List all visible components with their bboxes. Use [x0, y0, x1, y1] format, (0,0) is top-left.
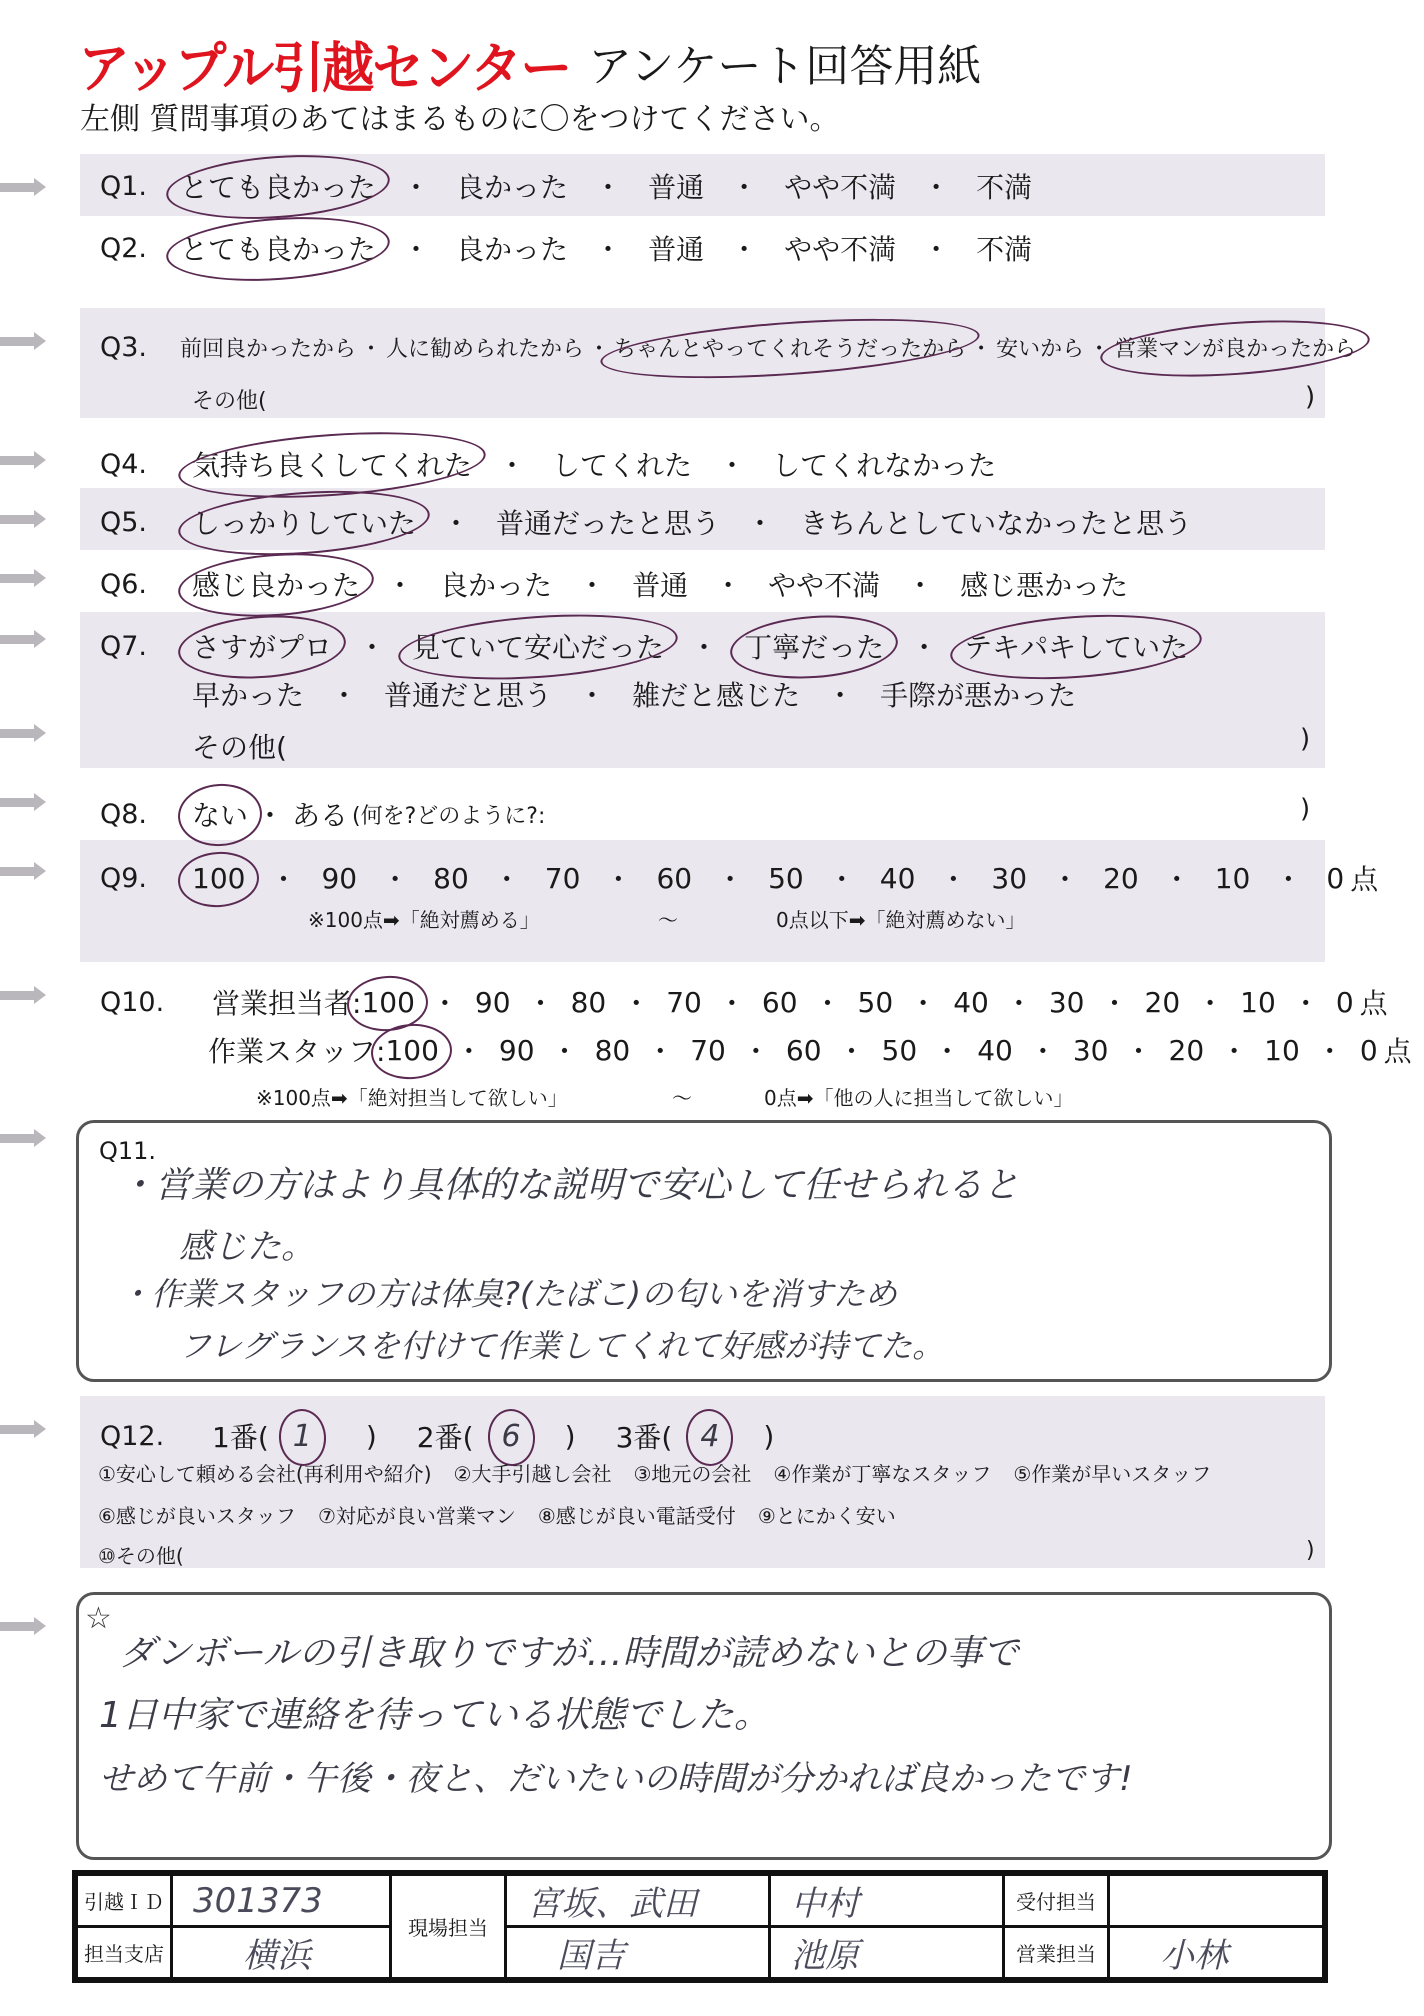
q10-staff-score[interactable]: 20	[1169, 1034, 1205, 1067]
q6-option[interactable]: 良かった	[440, 564, 552, 604]
arrow-icon	[0, 178, 48, 196]
site-staff-value[interactable]: 中村	[770, 1873, 1004, 1927]
q5-option[interactable]: しっかりしていた	[192, 502, 416, 542]
arrow-icon	[0, 1129, 48, 1147]
q9-note-low: 0点以下➡「絶対薦めない」	[776, 904, 1025, 933]
q10-staff-score[interactable]: 30	[1073, 1034, 1109, 1067]
question-q10-sales: Q10. 営業担当者: 100・ 90・ 80・ 70・ 60・ 50・ 40・…	[100, 982, 1388, 1022]
q12-label: Q12.	[100, 1421, 212, 1452]
q12-close: )	[565, 1420, 576, 1453]
q9-note-tilde: 〜	[658, 904, 678, 933]
q12-choice: ③地元の会社	[633, 1458, 751, 1487]
q6-option[interactable]: 普通	[632, 564, 688, 604]
q10-unit: 点	[1384, 1030, 1412, 1070]
q8-option[interactable]: ない	[192, 794, 248, 834]
question-q9: Q9. 100・ 90・ 80・ 70・ 60・ 50・ 40・ 30・ 20・…	[100, 858, 1378, 898]
q10-note-high: ※100点➡「絶対担当して欲しい」	[256, 1082, 568, 1111]
question-q2: Q2. とても良かった・ 良かった・ 普通・ やや不満・ 不満	[100, 228, 1032, 268]
move-id-value[interactable]: 301373	[172, 1873, 391, 1927]
q7-option[interactable]: 雑だと感じた	[632, 674, 800, 714]
q10-sales-score[interactable]: 90	[475, 986, 511, 1019]
q3-option[interactable]: 安いから	[996, 332, 1084, 363]
q12-choice: ①安心して頼める会社(再利用や紹介)	[98, 1458, 432, 1487]
q9-score[interactable]: 90	[321, 862, 357, 895]
comment-handwritten-line: 1日中家で連絡を待っている状態でした。	[99, 1687, 770, 1738]
q10-staff-score[interactable]: 70	[690, 1034, 726, 1067]
q12-other-close: )	[1306, 1538, 1315, 1563]
q7-option[interactable]: 丁寧だった	[744, 626, 884, 666]
question-q12: Q12. 1番( 1 ) 2番( 6 ) 3番( 4 )	[100, 1416, 774, 1456]
q10-staff-label: 作業スタッフ:	[208, 1030, 385, 1070]
arrow-icon	[0, 569, 48, 587]
q7-option[interactable]: テキパキしていた	[964, 626, 1188, 666]
q3-other-close: )	[1305, 382, 1315, 412]
q10-sales-score[interactable]: 20	[1145, 986, 1181, 1019]
q10-sales-label: 営業担当者:	[212, 982, 361, 1022]
arrow-icon	[0, 1617, 48, 1635]
q11-handwritten-line: フレグランスを付けて作業してくれて好感が持てた。	[179, 1321, 944, 1367]
q3-option[interactable]: 前回良かったから	[180, 332, 356, 363]
arrow-icon	[0, 510, 48, 528]
q10-staff-score[interactable]: 100	[385, 1034, 438, 1067]
q1-option[interactable]: 普通	[648, 166, 704, 206]
q2-option[interactable]: 普通	[648, 228, 704, 268]
question-q4: Q4. 気持ち良くしてくれた・ してくれた・ してくれなかった	[100, 444, 996, 484]
q10-sales-score[interactable]: 50	[858, 986, 894, 1019]
q12-close: )	[763, 1420, 774, 1453]
q8-close: )	[1300, 794, 1310, 824]
q9-score[interactable]: 70	[545, 862, 581, 895]
q10-sales-score[interactable]: 10	[1240, 986, 1276, 1019]
q7-other-close: )	[1300, 724, 1310, 754]
q6-option[interactable]: やや不満	[768, 564, 880, 604]
q2-option[interactable]: やや不満	[784, 228, 896, 268]
q7-option[interactable]: さすがプロ	[192, 626, 332, 666]
sales-rep-value[interactable]: 小林	[1109, 1927, 1326, 1981]
q4-option[interactable]: してくれた	[552, 444, 692, 484]
q9-score[interactable]: 40	[880, 862, 916, 895]
question-q6: Q6. 感じ良かった・ 良かった・ 普通・ やや不満・ 感じ悪かった	[100, 564, 1128, 604]
question-q7: Q7. さすがプロ・ 見ていて安心だった・ 丁寧だった・ テキパキしていた	[100, 626, 1188, 666]
q10-unit: 点	[1360, 982, 1388, 1022]
q10-staff-score[interactable]: 50	[882, 1034, 918, 1067]
arrow-icon	[0, 724, 48, 742]
q10-label: Q10.	[100, 987, 208, 1018]
q7-option[interactable]: 手際が悪かった	[880, 674, 1076, 714]
q12-other-row: ⑩その他(	[98, 1540, 184, 1569]
q10-sales-score[interactable]: 60	[762, 986, 798, 1019]
sales-rep-label: 営業担当	[1004, 1927, 1109, 1981]
q10-staff-score[interactable]: 10	[1264, 1034, 1300, 1067]
q10-note-low: 0点➡「他の人に担当して欲しい」	[764, 1082, 1073, 1111]
q12-rank3-label: 3番(	[616, 1416, 673, 1456]
q10-sales-score[interactable]: 70	[666, 986, 702, 1019]
q1-option[interactable]: やや不満	[784, 166, 896, 206]
q10-staff-score[interactable]: 0	[1360, 1034, 1378, 1067]
q9-note-high: ※100点➡「絶対薦める」	[308, 904, 540, 933]
q10-note-tilde: 〜	[672, 1082, 692, 1111]
q12-rank2-label: 2番(	[417, 1416, 474, 1456]
q12-rank1-label: 1番(	[212, 1416, 269, 1456]
q10-staff-score[interactable]: 40	[977, 1034, 1013, 1067]
q3-other-label: その他(	[192, 384, 267, 415]
q9-score[interactable]: 30	[991, 862, 1027, 895]
q7-row2: 早かった・ 普通だと思う・ 雑だと感じた・ 手際が悪かった	[192, 674, 1076, 714]
q3-option[interactable]: ちゃんとやってくれそうだったから	[614, 332, 966, 363]
form-subtitle: アンケート回答用紙	[588, 30, 981, 94]
arrow-icon	[0, 630, 48, 648]
q5-option[interactable]: きちんとしていなかったと思う	[800, 502, 1192, 542]
q10-sales-score[interactable]: 100	[361, 986, 414, 1019]
site-staff-value[interactable]: 池原	[770, 1927, 1004, 1981]
question-q5: Q5. しっかりしていた・ 普通だったと思う・ きちんとしていなかったと思う	[100, 502, 1192, 542]
q9-score[interactable]: 0	[1326, 862, 1344, 895]
q8-option[interactable]: ある	[292, 794, 348, 834]
q12-choice: ⑤作業が早いスタッフ	[1013, 1458, 1211, 1487]
q12-other-label: ⑩その他(	[98, 1540, 184, 1569]
q12-choice: ⑨とにかく安い	[758, 1500, 896, 1529]
question-q8: Q8. ない・ ある (何を?どのように?:	[100, 794, 545, 834]
q1-option[interactable]: 良かった	[456, 166, 568, 206]
q3-option[interactable]: 営業マンが良かったから	[1114, 332, 1356, 363]
q7-option[interactable]: 普通だと思う	[384, 674, 552, 714]
arrow-icon	[0, 451, 48, 469]
q7-other-row: その他(	[192, 726, 287, 766]
comment-handwritten-line: ダンボールの引き取りですが…時間が読めないとの事で	[119, 1625, 1019, 1676]
q9-score[interactable]: 10	[1215, 862, 1251, 895]
site-staff-label: 現場担当	[391, 1873, 506, 1980]
q10-staff-score[interactable]: 60	[786, 1034, 822, 1067]
q10-staff-score[interactable]: 90	[499, 1034, 535, 1067]
q12-rank1-value[interactable]: 1	[293, 1419, 312, 1454]
q12-choice: ②大手引越し会社	[454, 1458, 612, 1487]
q11-handwritten-line: 感じた。	[179, 1219, 315, 1268]
branch-value[interactable]: 横浜	[172, 1927, 391, 1981]
q2-option[interactable]: 良かった	[456, 228, 568, 268]
site-staff-value[interactable]: 国吉	[506, 1927, 770, 1981]
q4-option[interactable]: 気持ち良くしてくれた	[192, 444, 472, 484]
q11-answer-box[interactable]: Q11. ・営業の方はより具体的な説明で安心して任せられると 感じた。 ・作業ス…	[76, 1120, 1332, 1382]
question-q3: Q3. 前回良かったから・ 人に勧められたから・ ちゃんとやってくれそうだったか…	[100, 332, 1356, 363]
q9-unit: 点	[1350, 858, 1378, 898]
question-q10-staff: 作業スタッフ: 100・ 90・ 80・ 70・ 60・ 50・ 40・ 30・…	[208, 1030, 1412, 1070]
q12-choices-row2: ⑥感じが良いスタッフ ⑦対応が良い営業マン ⑧感じが良い電話受付 ⑨とにかく安い	[98, 1500, 896, 1529]
q3-other-row: その他(	[192, 384, 267, 415]
q10-sales-score[interactable]: 40	[953, 986, 989, 1019]
q8-detail-label: (何を?どのように?:	[352, 799, 545, 830]
site-staff-value[interactable]: 宮坂、武田	[506, 1873, 770, 1927]
move-id-label: 引越ＩＤ	[75, 1873, 172, 1927]
q3-option[interactable]: 人に勧められたから	[386, 332, 584, 363]
arrow-icon	[0, 862, 48, 880]
q9-score[interactable]: 100	[192, 862, 245, 895]
arrow-icon	[0, 793, 48, 811]
comment-box[interactable]: ☆ ダンボールの引き取りですが…時間が読めないとの事で 1日中家で連絡を待ってい…	[76, 1592, 1332, 1860]
office-use-table: 引越ＩＤ 301373 現場担当 宮坂、武田 中村 受付担当 担当支店 横浜 国…	[72, 1870, 1328, 1983]
branch-label: 担当支店	[75, 1927, 172, 1981]
star-icon: ☆	[85, 1601, 112, 1636]
q1-option[interactable]: とても良かった	[180, 166, 376, 206]
q9-score[interactable]: 50	[768, 862, 804, 895]
reception-label: 受付担当	[1004, 1873, 1109, 1927]
q6-option[interactable]: 感じ良かった	[192, 564, 360, 604]
q12-choice: ⑦対応が良い営業マン	[318, 1500, 516, 1529]
q7-option[interactable]: 早かった	[192, 674, 304, 714]
q5-option[interactable]: 普通だったと思う	[496, 502, 720, 542]
q12-choices-row1: ①安心して頼める会社(再利用や紹介) ②大手引越し会社 ③地元の会社 ④作業が丁…	[98, 1458, 1211, 1487]
q12-choice: ④作業が丁寧なスタッフ	[773, 1458, 991, 1487]
q11-handwritten-line: ・作業スタッフの方は体臭?(たばこ)の匂いを消すため	[119, 1269, 897, 1315]
q12-choice: ⑧感じが良い電話受付	[538, 1500, 736, 1529]
q3-label: Q3.	[100, 332, 180, 363]
q10-staff-score[interactable]: 80	[595, 1034, 631, 1067]
arrow-icon	[0, 1420, 48, 1438]
q12-rank2-value[interactable]: 6	[502, 1419, 521, 1454]
q2-option[interactable]: とても良かった	[180, 228, 376, 268]
q9-score[interactable]: 60	[656, 862, 692, 895]
q12-rank3-value[interactable]: 4	[700, 1419, 719, 1454]
question-q1: Q1. とても良かった・ 良かった・ 普通・ やや不満・ 不満	[100, 166, 1032, 206]
q6-option[interactable]: 感じ悪かった	[960, 564, 1128, 604]
instruction-text: 左側 質問事項のあてはまるものに〇をつけてください。	[80, 94, 840, 138]
q11-handwritten-line: ・営業の方はより具体的な説明で安心して任せられると	[119, 1157, 1019, 1208]
q10-sales-score[interactable]: 30	[1049, 986, 1085, 1019]
arrow-icon	[0, 332, 48, 350]
q10-sales-score[interactable]: 80	[571, 986, 607, 1019]
q7-other-label: その他(	[192, 726, 287, 766]
q2-option[interactable]: 不満	[976, 228, 1032, 268]
reception-value[interactable]	[1109, 1873, 1326, 1927]
q12-choice: ⑥感じが良いスタッフ	[98, 1500, 296, 1529]
q9-score[interactable]: 20	[1103, 862, 1139, 895]
q12-close: )	[366, 1420, 377, 1453]
q9-score[interactable]: 80	[433, 862, 469, 895]
brand-title: アップル引越センター	[78, 24, 570, 103]
q10-sales-score[interactable]: 0	[1336, 986, 1354, 1019]
q4-option[interactable]: してくれなかった	[772, 444, 996, 484]
q1-option[interactable]: 不満	[976, 166, 1032, 206]
comment-handwritten-line: せめて午前・午後・夜と、だいたいの時間が分かれば良かったです!	[99, 1751, 1133, 1800]
arrow-icon	[0, 986, 48, 1004]
q7-option[interactable]: 見ていて安心だった	[412, 626, 664, 666]
